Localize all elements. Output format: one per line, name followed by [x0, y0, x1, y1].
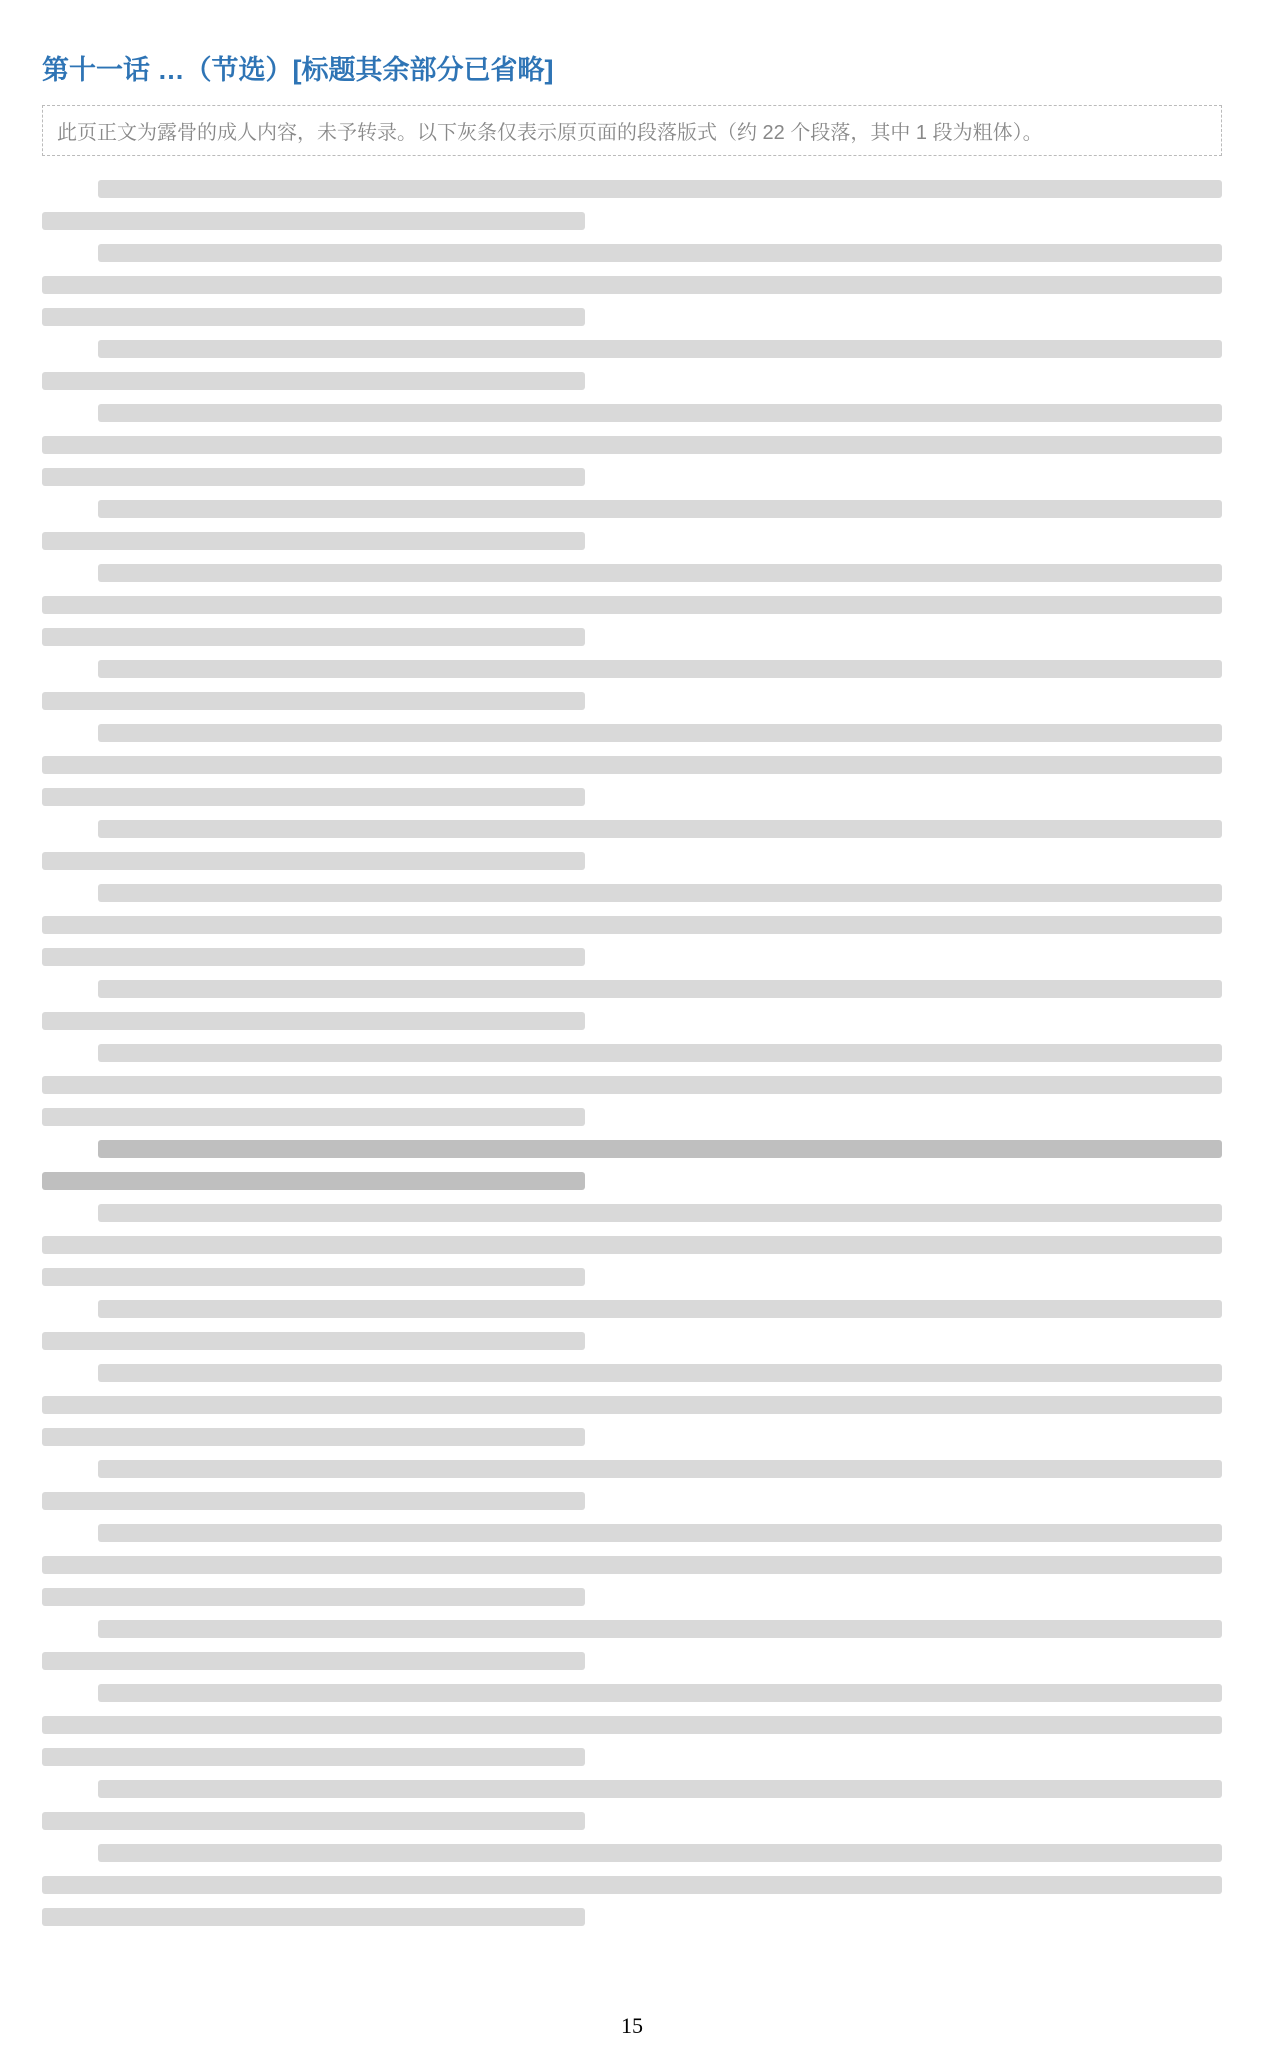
redacted-text-line	[42, 1108, 585, 1126]
redacted-text-line	[42, 1332, 585, 1350]
redacted-text-line	[98, 1684, 1222, 1702]
redacted-text-line	[42, 212, 585, 230]
redacted-text-line	[42, 1012, 585, 1030]
redacted-text-line	[98, 1300, 1222, 1318]
redacted-paragraph	[42, 820, 1222, 870]
redacted-paragraph	[42, 660, 1222, 710]
redacted-paragraph	[42, 1844, 1222, 1926]
redacted-text-line	[98, 1460, 1222, 1478]
redacted-text-line	[98, 724, 1222, 742]
redacted-paragraph	[42, 1460, 1222, 1510]
redacted-text-line	[42, 1748, 585, 1766]
redacted-paragraph	[42, 1524, 1222, 1606]
redacted-text-line	[42, 1492, 585, 1510]
redacted-text-line	[98, 1204, 1222, 1222]
redacted-text-line	[42, 628, 585, 646]
redacted-text-line	[98, 500, 1222, 518]
redacted-text-line	[98, 404, 1222, 422]
redacted-text-line	[42, 276, 1222, 294]
redacted-text-line	[42, 1268, 585, 1286]
redacted-text-line	[42, 1812, 585, 1830]
document-page: 第十一话 …（节选）[标题其余部分已省略] 此页正文为露骨的成人内容，未予转录。…	[0, 0, 1264, 2067]
redacted-paragraph	[42, 180, 1222, 230]
redacted-text-line	[98, 1140, 1222, 1158]
redacted-paragraph	[42, 1620, 1222, 1670]
redacted-text-line	[42, 948, 585, 966]
redacted-paragraph	[42, 1780, 1222, 1830]
redacted-text-line	[42, 788, 585, 806]
redacted-paragraph	[42, 1364, 1222, 1446]
redaction-note: 此页正文为露骨的成人内容，未予转录。以下灰条仅表示原页面的段落版式（约 22 个…	[42, 105, 1222, 156]
redacted-text-line	[98, 1524, 1222, 1542]
redacted-text-line	[42, 1908, 585, 1926]
redacted-paragraph	[42, 340, 1222, 390]
redacted-text-line	[42, 436, 1222, 454]
redacted-text-line	[42, 692, 585, 710]
redacted-text-line	[98, 660, 1222, 678]
redacted-text-line	[42, 532, 585, 550]
redacted-text-line	[98, 980, 1222, 998]
redacted-paragraph	[42, 1684, 1222, 1766]
redacted-text-line	[42, 1716, 1222, 1734]
redacted-text-line	[98, 180, 1222, 198]
redacted-text-line	[98, 1780, 1222, 1798]
redacted-text-line	[98, 1844, 1222, 1862]
redacted-text-line	[42, 596, 1222, 614]
redacted-text-line	[42, 756, 1222, 774]
redacted-text-line	[42, 852, 585, 870]
redacted-paragraph	[42, 564, 1222, 646]
redacted-text-line	[42, 308, 585, 326]
redacted-text-line	[42, 1236, 1222, 1254]
redacted-text-line	[42, 1588, 585, 1606]
redacted-paragraph	[42, 500, 1222, 550]
redacted-text-line	[42, 1428, 585, 1446]
redacted-paragraph	[42, 404, 1222, 486]
redacted-text-line	[98, 884, 1222, 902]
redacted-text-line	[98, 340, 1222, 358]
redacted-paragraph	[42, 1300, 1222, 1350]
redacted-text-line	[42, 916, 1222, 934]
redacted-body	[42, 180, 1222, 1926]
redacted-paragraph	[42, 980, 1222, 1030]
redacted-text-line	[42, 1556, 1222, 1574]
redacted-text-line	[98, 1620, 1222, 1638]
redacted-text-line	[42, 1396, 1222, 1414]
page-number: 15	[0, 2013, 1264, 2039]
redacted-text-line	[42, 468, 585, 486]
redacted-paragraph	[42, 724, 1222, 806]
redacted-text-line	[42, 372, 585, 390]
redacted-text-line	[42, 1076, 1222, 1094]
redacted-paragraph	[42, 884, 1222, 966]
redacted-paragraph	[42, 1044, 1222, 1126]
redacted-text-line	[98, 244, 1222, 262]
redacted-text-line	[42, 1172, 585, 1190]
redacted-text-line	[98, 1044, 1222, 1062]
redacted-text-line	[42, 1876, 1222, 1894]
redacted-paragraph	[42, 1140, 1222, 1190]
redacted-text-line	[98, 820, 1222, 838]
redacted-paragraph	[42, 1204, 1222, 1286]
redacted-text-line	[42, 1652, 585, 1670]
redacted-paragraph	[42, 244, 1222, 326]
redacted-text-line	[98, 1364, 1222, 1382]
redacted-text-line	[98, 564, 1222, 582]
chapter-title: 第十一话 …（节选）[标题其余部分已省略]	[42, 48, 1222, 87]
